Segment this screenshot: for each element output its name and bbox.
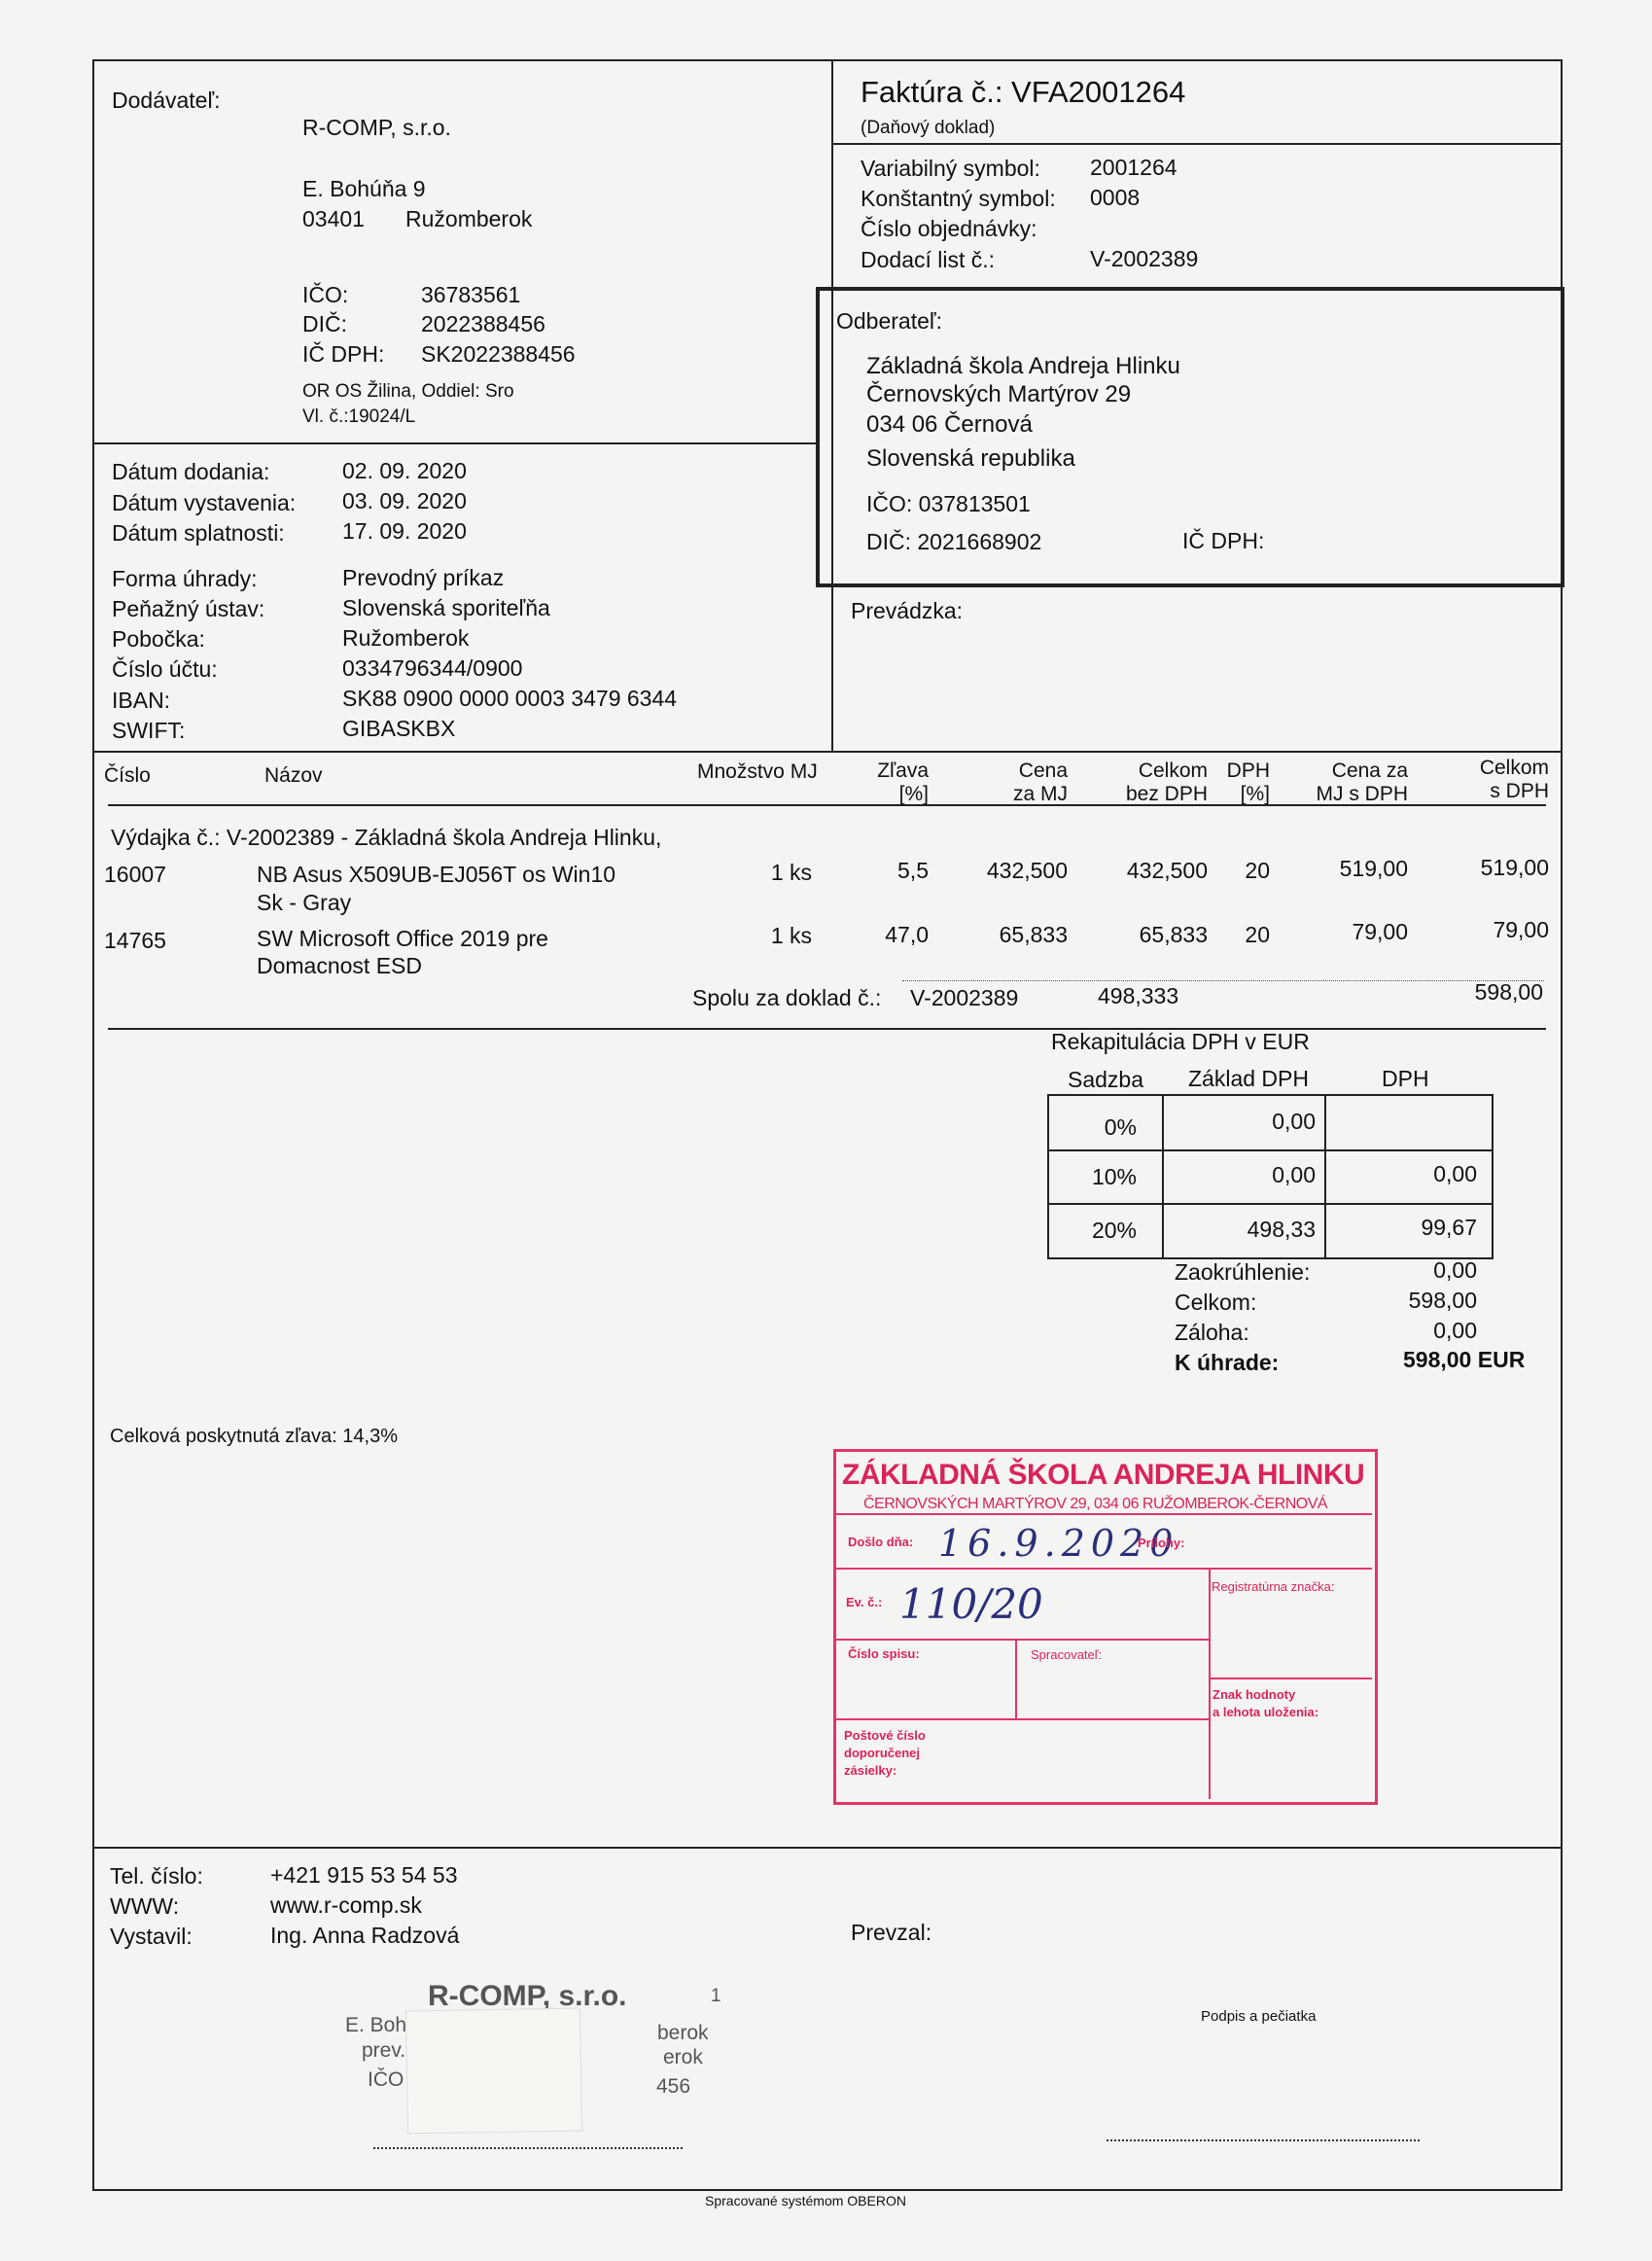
customer-label: Odberateľ: [836, 310, 942, 333]
document-total-excl-vat: 498,333 [1098, 985, 1178, 1007]
premises-label: Prevádzka: [851, 600, 963, 622]
due-date-label: Dátum splatnosti: [112, 522, 285, 545]
payment-method: Prevodný príkaz [342, 567, 504, 589]
bank-label: Peňažný ústav: [112, 598, 264, 620]
received-by-label: Prevzal: [851, 1922, 931, 1944]
vat-rate-20: 20% [1092, 1219, 1137, 1242]
supplier-stamp-line2b: erok [663, 2047, 703, 2067]
items-table-top-border [92, 751, 1561, 753]
bank: Slovenská sporiteľňa [342, 597, 550, 619]
stamp-line [836, 1718, 1210, 1720]
col-header-nazov: Názov [264, 765, 323, 786]
vat-recap-title: Rekapitulácia DPH v EUR [1051, 1031, 1310, 1053]
supplier-dates-divider [92, 442, 817, 444]
item-name-line1: NB Asus X509UB-EJ056T os Win10 [257, 864, 615, 886]
account-number: 0334796344/0900 [342, 657, 522, 680]
supplier-icdph: SK2022388456 [421, 343, 576, 366]
document-total-label: Spolu za doklad č.: [692, 987, 881, 1009]
stamp-vline [1015, 1639, 1017, 1718]
supplier-stamp-line3b: 456 [656, 2076, 690, 2097]
item-code: 16007 [104, 864, 166, 886]
order-number-label: Číslo objednávky: [861, 218, 1037, 240]
stamp-line [836, 1513, 1372, 1515]
stamp-postal-label-1: Poštové číslo [844, 1728, 926, 1744]
delivery-date-label: Dátum dodania: [112, 461, 269, 483]
constant-symbol-label: Konštantný symbol: [861, 188, 1056, 210]
item-total-incl-vat: 79,00 [1493, 919, 1549, 941]
branch: Ružomberok [342, 627, 469, 650]
swift: GIBASKBX [342, 718, 455, 740]
stamp-school-address: ČERNOVSKÝCH MARTÝROV 29, 034 06 RUŽOMBER… [863, 1495, 1327, 1513]
stamp-attachments-label: Prílohy: [1138, 1536, 1184, 1551]
customer-icdph: IČ DPH: [1182, 530, 1264, 552]
vat-base-0: 0,00 [1272, 1111, 1316, 1133]
item-unit-price-incl-vat: 519,00 [1340, 858, 1408, 880]
issue-group-title: Výdajka č.: V-2002389 - Základná škola A… [111, 827, 661, 849]
rounding-value: 0,00 [1433, 1259, 1477, 1282]
supplier-stamp-number: 1 [711, 1987, 721, 2005]
total-discount: Celková poskytnutá zľava: 14,3% [110, 1427, 398, 1446]
vat-rate-0: 0% [1105, 1116, 1137, 1139]
col-header-mnozstvo: Množstvo MJ [697, 761, 818, 782]
rounding-label: Zaokrúhlenie: [1175, 1261, 1310, 1284]
item-name-line2: Domacnost ESD [257, 955, 422, 977]
item-quantity: 1 ks [771, 925, 812, 947]
supplier-icdph-label: IČ DPH: [302, 343, 384, 366]
item-discount: 5,5 [897, 860, 929, 882]
items-table-bottom-border [108, 1028, 1546, 1030]
document-total-number: V-2002389 [910, 987, 1018, 1009]
customer-street: Černovských Martýrov 29 [866, 383, 1131, 406]
customer-ico: IČO: 037813501 [866, 493, 1031, 515]
processed-by-oberon: Spracované systémom OBERON [705, 2194, 906, 2208]
item-total-incl-vat: 519,00 [1481, 857, 1549, 879]
vat-base-10: 0,00 [1272, 1164, 1316, 1186]
total-dotted-line [902, 980, 1544, 981]
supplier-street: E. Bohúňa 9 [302, 178, 426, 200]
stamp-retention-label-2: a lehota uloženia: [1213, 1705, 1318, 1720]
item-name-line2: Sk - Gray [257, 892, 351, 914]
vat-recap-header-vat: DPH [1382, 1068, 1429, 1090]
stamp-file-no-label: Číslo spisu: [848, 1646, 920, 1662]
stamp-retention-label-1: Znak hodnoty [1213, 1687, 1295, 1703]
invoice-title-divider [831, 143, 1561, 145]
supplier-register-1: OR OS Žilina, Oddiel: Sro [302, 382, 514, 401]
iban-label: IBAN: [112, 689, 170, 712]
stamp-received-label: Došlo dňa: [848, 1535, 913, 1550]
issued-by-label: Vystavil: [110, 1925, 193, 1948]
constant-symbol-value: 0008 [1090, 187, 1140, 209]
footer-divider [92, 1847, 1561, 1849]
stamp-line [1209, 1678, 1372, 1679]
variable-symbol-label: Variabilný symbol: [861, 158, 1040, 180]
issue-date-label: Dátum vystavenia: [112, 492, 296, 514]
issued-by-value: Ing. Anna Radzová [270, 1925, 459, 1947]
item-unit-price: 65,833 [1000, 924, 1068, 946]
items-header-underline [108, 804, 1546, 806]
vat-amount-10: 0,00 [1433, 1163, 1477, 1185]
supplier-zip: 03401 [302, 208, 365, 230]
total-label: Celkom: [1175, 1291, 1256, 1314]
www-value: www.r-comp.sk [270, 1894, 422, 1917]
deposit-label: Záloha: [1175, 1322, 1249, 1344]
vat-recap-row-divider [1047, 1203, 1492, 1205]
stamp-reg-mark-label: Registratúrna značka: [1212, 1579, 1334, 1595]
item-unit-price-incl-vat: 79,00 [1352, 921, 1408, 943]
stamp-ev-number: 110/20 [899, 1580, 1043, 1628]
item-unit-price: 432,500 [987, 860, 1068, 882]
stamp-postal-label-2: doporučenej [844, 1746, 920, 1761]
signature-label: Podpis a pečiatka [1201, 2009, 1316, 2024]
col-header-dph: DPH[%] [1227, 760, 1270, 806]
customer-name: Základná škola Andreja Hlinku [866, 355, 1180, 378]
document-total-incl-vat: 598,00 [1475, 981, 1543, 1004]
item-vat-rate: 20 [1245, 860, 1270, 882]
supplier-stamp-name: R-COMP, s.r.o. [428, 1982, 627, 2011]
col-header-celkom: Celkombez DPH [1126, 760, 1208, 806]
stamp-postal-label-3: zásielky: [844, 1763, 896, 1779]
vat-base-20: 498,33 [1248, 1219, 1316, 1241]
redaction-patch [405, 2007, 582, 2134]
supplier-register-2: Vl. č.:19024/L [302, 407, 415, 426]
due-date: 17. 09. 2020 [342, 520, 467, 543]
customer-dic: DIČ: 2021668902 [866, 531, 1041, 553]
col-header-cena: Cenaza MJ [1013, 760, 1068, 806]
phone-label: Tel. číslo: [110, 1865, 203, 1888]
issue-date: 03. 09. 2020 [342, 490, 467, 512]
invoice-subtitle: (Daňový doklad) [861, 119, 995, 137]
amount-due-value: 598,00 EUR [1403, 1349, 1525, 1371]
supplier-stamp-line3: IČO [368, 2069, 404, 2090]
supplier-label: Dodávateľ: [112, 89, 221, 112]
item-code: 14765 [104, 930, 166, 952]
delivery-note-label: Dodací list č.: [861, 249, 995, 271]
variable-symbol-value: 2001264 [1090, 157, 1177, 179]
supplier-stamp-line1b: berok [657, 2023, 709, 2043]
delivery-date: 02. 09. 2020 [342, 460, 467, 482]
vat-recap-header-base: Základ DPH [1188, 1068, 1309, 1090]
stamp-school-name: ZÁKLADNÁ ŠKOLA ANDREJA HLINKU [842, 1458, 1364, 1493]
branch-label: Pobočka: [112, 628, 205, 651]
stamp-vline [1209, 1568, 1211, 1799]
total-value: 598,00 [1409, 1289, 1477, 1312]
item-total-excl-vat: 432,500 [1127, 860, 1208, 882]
vat-recap-col-divider [1162, 1094, 1164, 1257]
delivery-note-value: V-2002389 [1090, 248, 1198, 270]
vat-amount-20: 99,67 [1421, 1217, 1477, 1239]
account-label: Číslo účtu: [112, 658, 218, 681]
supplier-stamp-line1: E. Boh [345, 2015, 406, 2035]
deposit-value: 0,00 [1433, 1320, 1477, 1342]
vat-recap-header-rate: Sadzba [1068, 1069, 1143, 1091]
www-label: WWW: [110, 1895, 179, 1918]
supplier-ico-label: IČO: [302, 284, 348, 306]
customer-signature-line [1107, 2139, 1420, 2141]
amount-due-label: K úhrade: [1175, 1352, 1279, 1374]
customer-city: 034 06 Černová [866, 413, 1033, 437]
customer-country: Slovenská republika [866, 447, 1075, 471]
supplier-stamp-line2: prev. [362, 2040, 405, 2061]
col-header-zlava: Zľava[%] [877, 760, 929, 806]
invoice-title: Faktúra č.: VFA2001264 [861, 77, 1185, 107]
stamp-line [836, 1639, 1210, 1641]
item-quantity: 1 ks [771, 862, 812, 884]
stamp-line [836, 1568, 1372, 1570]
item-total-excl-vat: 65,833 [1140, 924, 1208, 946]
vat-rate-10: 10% [1092, 1166, 1137, 1188]
supplier-dic-label: DIČ: [302, 313, 347, 336]
supplier-signature-line [373, 2147, 683, 2149]
item-vat-rate: 20 [1245, 924, 1270, 946]
swift-label: SWIFT: [112, 720, 185, 742]
supplier-city: Ružomberok [405, 208, 532, 230]
payment-method-label: Forma úhrady: [112, 568, 258, 590]
supplier-dic: 2022388456 [421, 313, 545, 336]
supplier-name: R-COMP, s.r.o. [302, 117, 451, 139]
iban: SK88 0900 0000 0003 3479 6344 [342, 688, 677, 710]
stamp-ev-label: Ev. č.: [846, 1595, 882, 1610]
vat-recap-row-divider [1047, 1149, 1492, 1151]
phone-value: +421 915 53 54 53 [270, 1864, 458, 1887]
item-name-line1: SW Microsoft Office 2019 pre [257, 928, 548, 950]
col-header-cena-s-dph: Cena zaMJ s DPH [1317, 760, 1409, 806]
col-header-cislo: Číslo [104, 765, 151, 786]
vat-recap-col-divider [1324, 1094, 1326, 1257]
supplier-ico: 36783561 [421, 284, 520, 306]
stamp-processor-label: Spracovateľ: [1031, 1647, 1102, 1663]
item-discount: 47,0 [885, 924, 929, 946]
col-header-celkom-s-dph: Celkoms DPH [1480, 757, 1549, 803]
